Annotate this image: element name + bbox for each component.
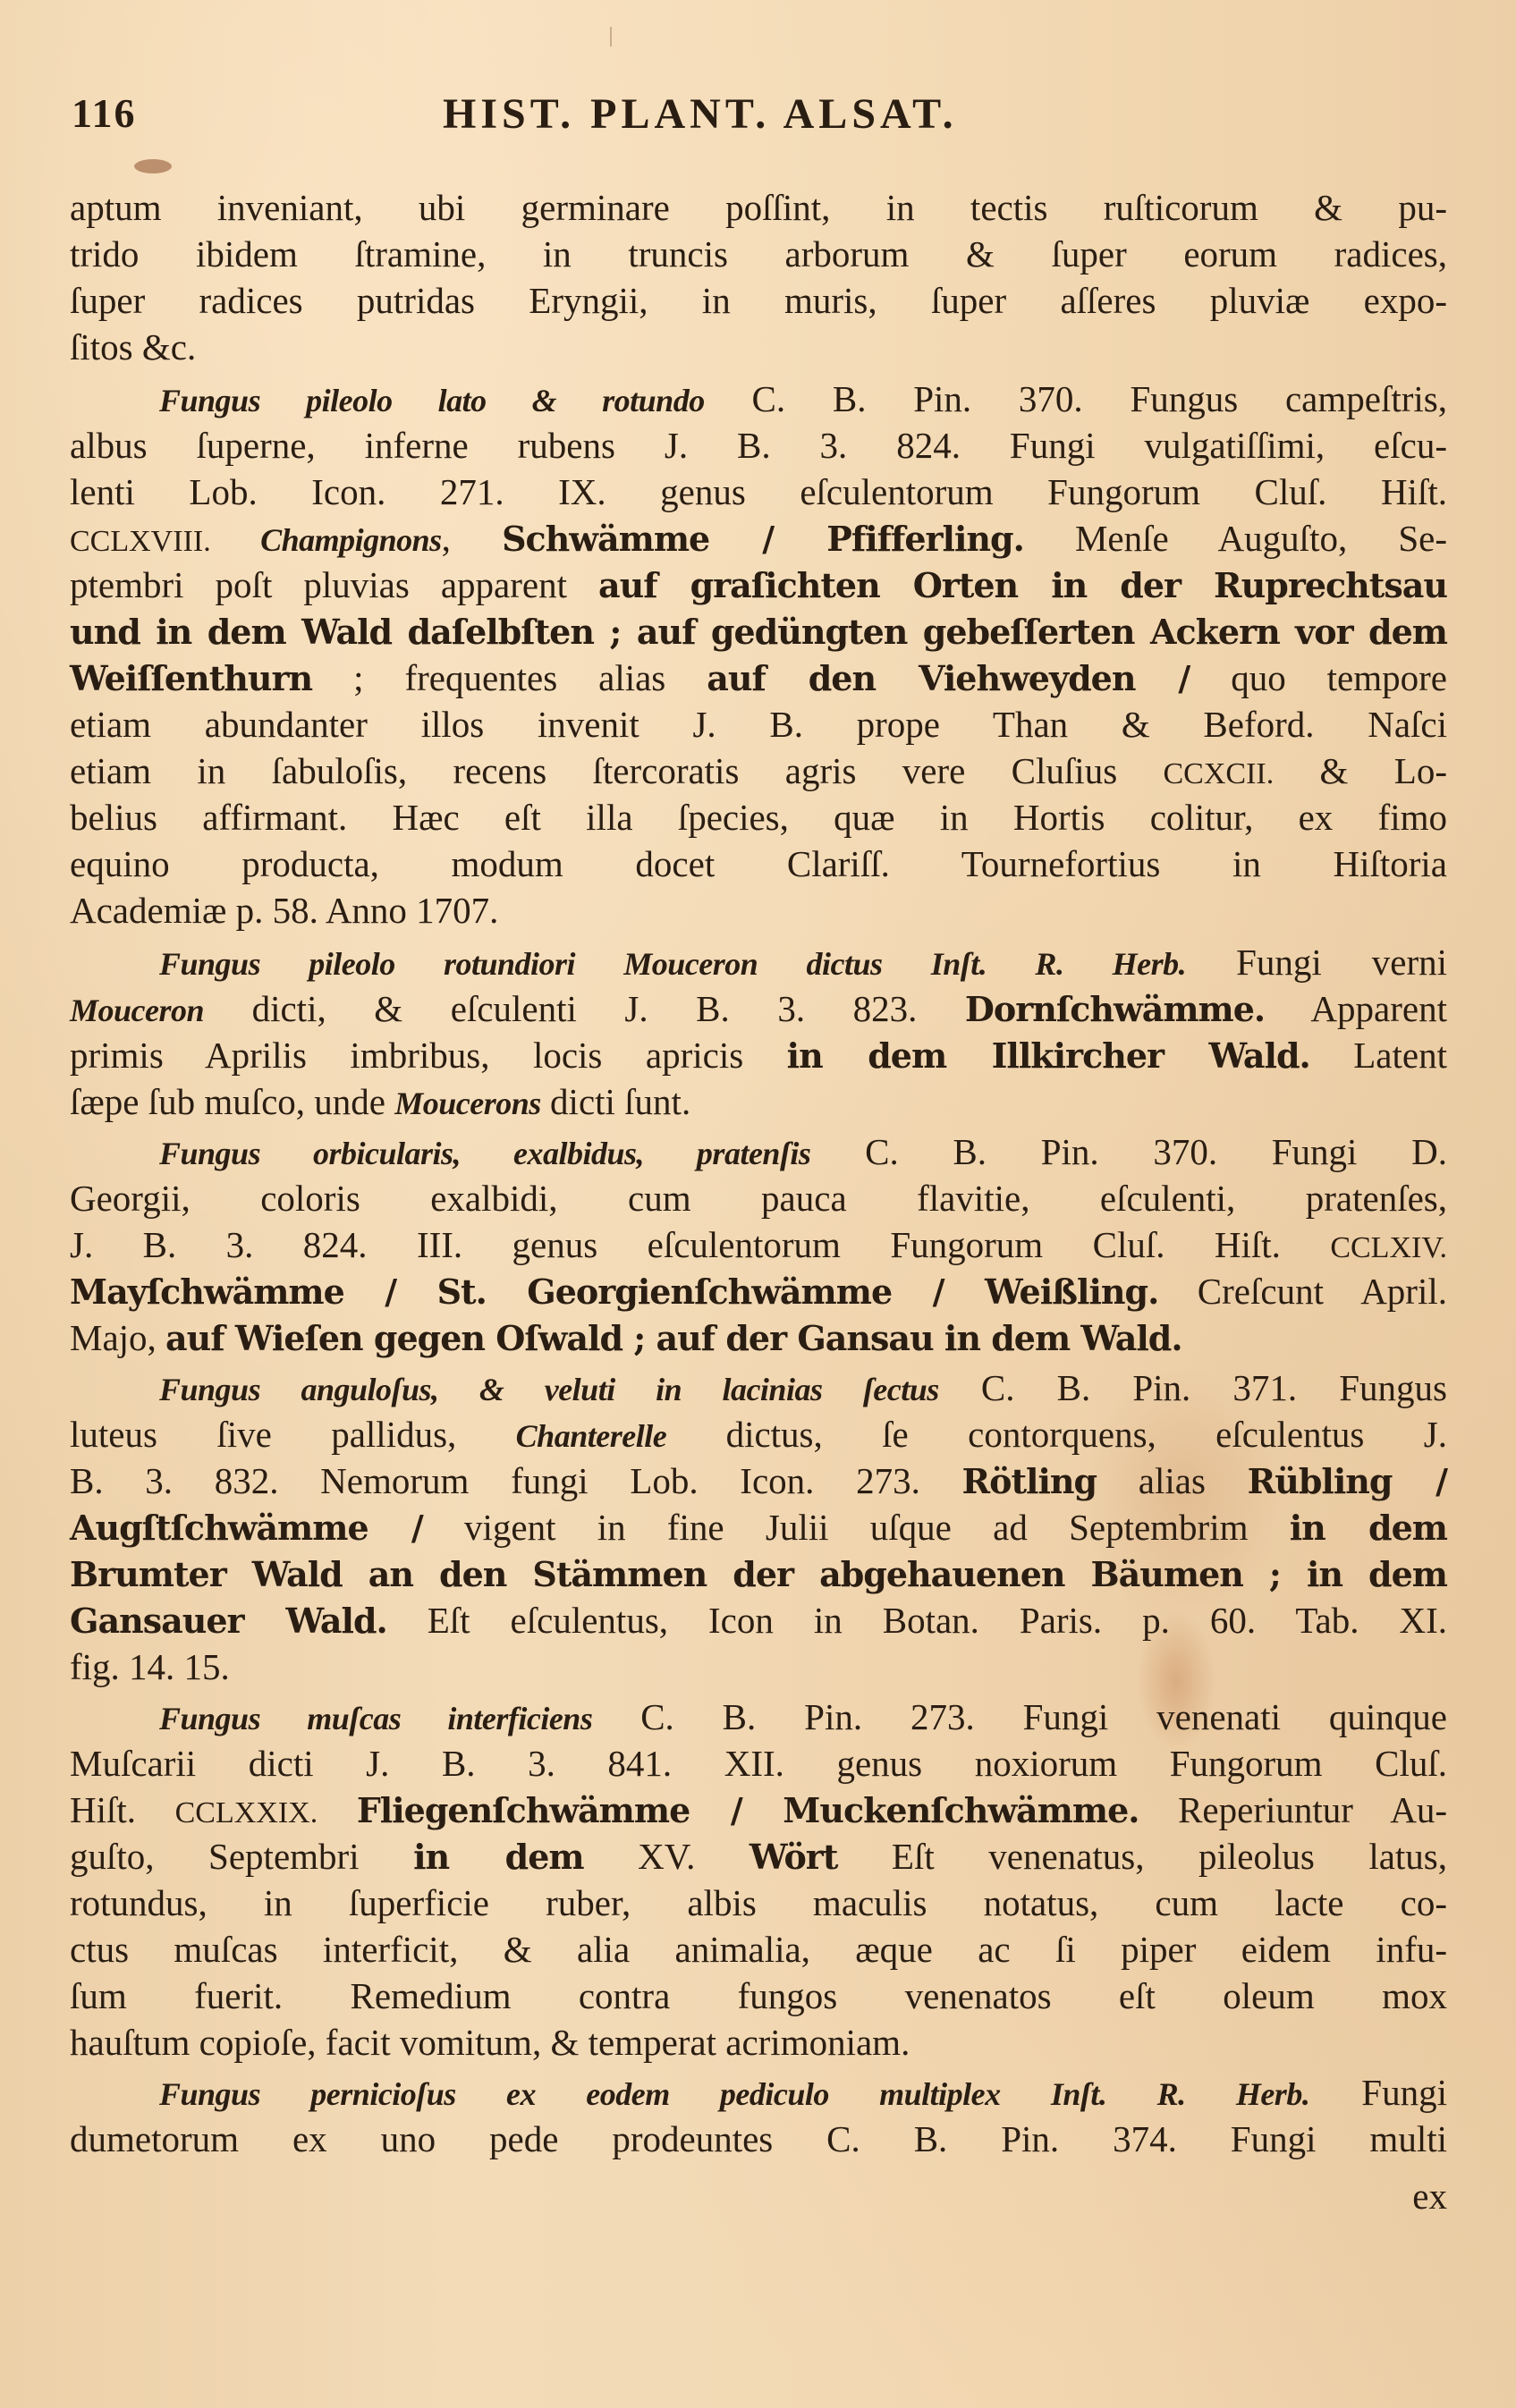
german-fraktur-text: Brumter Wald an den Stämmen der abgehaue… <box>70 1554 1447 1594</box>
text-line: rotundus, in ſuperficie ruber, albis mac… <box>70 1880 1447 1926</box>
catchword: ex <box>70 2173 1447 2219</box>
latin-text: ; frequentes alias <box>312 657 707 698</box>
roman-numeral-ref: CCXCII. <box>1163 757 1274 790</box>
latin-text: hauſtum copioſe, facit vomitum, & temper… <box>70 2022 910 2063</box>
text-line: ſæpe ſub muſco, unde Moucerons dicti ſun… <box>70 1078 1447 1125</box>
german-fraktur-text: in dem Illkircher Wald. <box>787 1035 1310 1076</box>
text-line: etiam abundanter illos invenit J. B. pro… <box>70 701 1447 748</box>
latin-text: C. B. Pin. 370. Fungus campeſtris, <box>705 378 1447 419</box>
german-fraktur-text: auf graſichten Orten in der Ruprechtsau <box>598 565 1447 605</box>
entry-heading-line: Fungus muſcas interficiens C. B. Pin. 27… <box>70 1694 1447 1740</box>
text-line: B. 3. 832. Nemorum fungi Lob. Icon. 273.… <box>70 1457 1447 1504</box>
latin-text: belius affirmant. Hæc eſt illa ſpecies, … <box>70 797 1447 838</box>
text-line: aptum inveniant, ubi germinare poſſint, … <box>70 184 1447 231</box>
text-line: Mayſchwämme / St. Georgienſchwämme / Wei… <box>70 1268 1447 1314</box>
german-fraktur-text: in dem <box>413 1837 584 1877</box>
text-line: ctus muſcas interficit, & alia animalia,… <box>70 1926 1447 1973</box>
italic-name: Fungus pileolo rotundiori Mouceron dictu… <box>159 946 1186 982</box>
latin-text: dicti ſunt. <box>541 1081 690 1122</box>
latin-text: Eſt eſculentus, Icon in Botan. Paris. p.… <box>387 1600 1447 1641</box>
latin-text: Muſcarii dicti J. B. 3. 841. XII. genus … <box>70 1743 1447 1784</box>
latin-text: dumetorum ex uno pede prodeuntes C. B. P… <box>70 2118 1447 2159</box>
italic-name: Champignons <box>260 522 442 558</box>
latin-text: vigent in fine Julii uſque ad Septembrim <box>423 1507 1290 1548</box>
latin-text: Fungi <box>1309 2072 1447 2113</box>
text-line: guſto, Septembri in dem XV. Wört Eſt ven… <box>70 1833 1447 1880</box>
german-fraktur-text: Dornſchwämme. <box>965 989 1265 1029</box>
book-page: 116 HIST. PLANT. ALSAT. aptum inveniant,… <box>0 0 1516 2408</box>
latin-text: Fungi verni <box>1186 942 1447 983</box>
italic-name: Fungus orbicularis, exalbidus, pratenſis <box>159 1136 810 1171</box>
latin-text: primis Aprilis imbribus, locis apricis <box>70 1035 787 1076</box>
text-line: J. B. 3. 824. III. genus eſculentorum Fu… <box>70 1221 1447 1268</box>
entry-heading-line: Fungus orbicularis, exalbidus, pratenſis… <box>70 1128 1447 1175</box>
german-fraktur-text: Gansauer Wald. <box>70 1601 387 1641</box>
italic-name: Mouceron <box>70 993 204 1028</box>
german-fraktur-text: Mayſchwämme / St. Georgienſchwämme / Wei… <box>70 1272 1158 1312</box>
italic-name: Fungus pernicioſus ex eodem pediculo mul… <box>159 2076 1309 2112</box>
german-fraktur-text: Schwämme / Pfifferling. <box>502 519 1024 559</box>
text-line: ſitos &c. <box>70 324 1447 370</box>
text-line: ſum fuerit. Remedium contra fungos venen… <box>70 1973 1447 2019</box>
text-line: Georgii, coloris exalbidi, cum pauca fla… <box>70 1175 1447 1221</box>
entry-heading-line: Fungus pileolo rotundiori Mouceron dictu… <box>70 939 1447 985</box>
text-line: Augſtſchwämme / vigent in fine Julii uſq… <box>70 1504 1447 1550</box>
scan-mark <box>610 27 612 46</box>
text-line: primis Aprilis imbribus, locis apricis i… <box>70 1032 1447 1078</box>
text-line: Hiſt. CCLXXIX. Fliegenſchwämme / Muckenſ… <box>70 1787 1447 1833</box>
roman-numeral-ref: CCLXIV. <box>1330 1231 1447 1264</box>
latin-text: dictus, ſe contorquens, eſculentus J. <box>666 1414 1447 1455</box>
german-fraktur-text: und in dem Wald daſelbſten ; auf gedüngt… <box>70 612 1447 652</box>
latin-text: C. B. Pin. 370. Fungi D. <box>810 1131 1447 1172</box>
latin-text: guſto, Septembri <box>70 1836 413 1877</box>
text-line: Mouceron dicti, & eſculenti J. B. 3. 823… <box>70 985 1447 1032</box>
german-fraktur-text: auf Wieſen gegen Oſwald ; auf der Gansau… <box>165 1318 1182 1358</box>
italic-name: Moucerons <box>394 1086 541 1121</box>
text-line: ptembri poſt pluvias apparent auf graſic… <box>70 562 1447 608</box>
italic-name: Chanterelle <box>516 1418 667 1454</box>
latin-text: C. B. Pin. 273. Fungi venenati quinque <box>592 1696 1447 1737</box>
text-line: equino producta, modum docet Clariſſ. To… <box>70 841 1447 887</box>
latin-text: dicti, & eſculenti J. B. 3. 823. <box>204 988 965 1029</box>
latin-text: aptum inveniant, ubi germinare poſſint, … <box>70 187 1447 228</box>
text-line: hauſtum copioſe, facit vomitum, & temper… <box>70 2019 1447 2066</box>
latin-text <box>318 1789 357 1830</box>
latin-text: trido ibidem ſtramine, in truncis arboru… <box>70 233 1447 275</box>
entry-heading-line: Fungus pileolo lato & rotundo C. B. Pin.… <box>70 376 1447 422</box>
latin-text: Eſt venenatus, pileolus latus, <box>837 1836 1447 1877</box>
italic-name: Fungus anguloſus, & veluti in lacinias ſ… <box>159 1372 939 1407</box>
german-fraktur-text: in dem <box>1290 1508 1447 1548</box>
catchword-text: ex <box>1412 2176 1447 2217</box>
latin-text: luteus ſive pallidus, <box>70 1414 516 1455</box>
latin-text: ptembri poſt pluvias apparent <box>70 564 598 605</box>
text-line: etiam in ſabuloſis, recens ſtercoratis a… <box>70 748 1447 794</box>
latin-text: Georgii, coloris exalbidi, cum pauca fla… <box>70 1178 1447 1219</box>
german-fraktur-text: auf den Viehweyden / <box>707 658 1190 698</box>
german-fraktur-text: Weiſſenthurn <box>70 658 312 698</box>
latin-text: equino producta, modum docet Clariſſ. To… <box>70 843 1447 884</box>
text-line: belius affirmant. Hæc eſt illa ſpecies, … <box>70 794 1447 841</box>
latin-text: B. 3. 832. Nemorum fungi Lob. Icon. 273. <box>70 1460 962 1501</box>
latin-text: etiam in ſabuloſis, recens ſtercoratis a… <box>70 750 1163 791</box>
latin-text: Reperiuntur Au- <box>1139 1789 1448 1830</box>
italic-name: Fungus muſcas interficiens <box>159 1701 592 1736</box>
text-line: albus ſuperne, inferne rubens J. B. 3. 8… <box>70 422 1447 469</box>
german-fraktur-text: Fliegenſchwämme / Muckenſchwämme. <box>357 1790 1139 1830</box>
entry-heading-line: Fungus anguloſus, & veluti in lacinias ſ… <box>70 1365 1447 1411</box>
latin-text: & Lo- <box>1274 750 1447 791</box>
latin-text: Menſe Auguſto, Se- <box>1024 518 1447 559</box>
text-line: CCLXVIII. Champignons, Schwämme / Pfiffe… <box>70 515 1447 562</box>
text-line: und in dem Wald daſelbſten ; auf gedüngt… <box>70 608 1447 655</box>
page-number: 116 <box>72 89 136 137</box>
latin-text: Apparent <box>1265 988 1447 1029</box>
german-fraktur-text: Augſtſchwämme / <box>70 1508 423 1548</box>
latin-text: , <box>442 518 502 559</box>
latin-text: XV. <box>584 1836 750 1877</box>
roman-numeral-ref: CCLXXIX. <box>175 1796 318 1829</box>
text-line: ſuper radices putridas Eryngii, in muris… <box>70 277 1447 324</box>
latin-text: ctus muſcas interficit, & alia animalia,… <box>70 1929 1447 1970</box>
text-line: Academiæ p. 58. Anno 1707. <box>70 887 1447 934</box>
latin-text: Creſcunt April. <box>1158 1271 1447 1312</box>
german-fraktur-text: Rötling <box>962 1461 1097 1501</box>
latin-text: ſæpe ſub muſco, unde <box>70 1081 394 1122</box>
latin-text: Latent <box>1310 1035 1447 1076</box>
latin-text: ſum fuerit. Remedium contra fungos venen… <box>70 1975 1447 2016</box>
latin-text: rotundus, in ſuperficie ruber, albis mac… <box>70 1882 1447 1923</box>
latin-text: ſuper radices putridas Eryngii, in muris… <box>70 280 1447 321</box>
text-line: Gansauer Wald. Eſt eſculentus, Icon in B… <box>70 1597 1447 1643</box>
latin-text: Hiſt. <box>70 1789 175 1830</box>
latin-text: ſitos &c. <box>70 326 196 368</box>
page-header: 116 HIST. PLANT. ALSAT. <box>72 89 1449 143</box>
text-line: Majo, auf Wieſen gegen Oſwald ; auf der … <box>70 1314 1447 1361</box>
latin-text: albus ſuperne, inferne rubens J. B. 3. 8… <box>70 425 1447 466</box>
german-fraktur-text: Rübling / <box>1248 1461 1447 1501</box>
roman-numeral-ref: CCLXVIII. <box>70 525 260 558</box>
latin-text: etiam abundanter illos invenit J. B. pro… <box>70 704 1447 745</box>
latin-text: alias <box>1097 1460 1248 1501</box>
entry-heading-line: Fungus pernicioſus ex eodem pediculo mul… <box>70 2069 1447 2116</box>
latin-text: Academiæ p. 58. Anno 1707. <box>70 890 498 931</box>
latin-text: quo tempore <box>1190 657 1447 698</box>
text-line: Weiſſenthurn ; frequentes alias auf den … <box>70 655 1447 701</box>
text-line: trido ibidem ſtramine, in truncis arboru… <box>70 231 1447 277</box>
latin-text: J. B. 3. 824. III. genus eſculentorum Fu… <box>70 1224 1330 1265</box>
text-line: Brumter Wald an den Stämmen der abgehaue… <box>70 1550 1447 1597</box>
latin-text: fig. 14. 15. <box>70 1646 230 1687</box>
text-line: dumetorum ex uno pede prodeuntes C. B. P… <box>70 2116 1447 2162</box>
latin-text: lenti Lob. Icon. 271. IX. genus eſculent… <box>70 471 1447 512</box>
running-head: HIST. PLANT. ALSAT. <box>443 89 958 139</box>
italic-name: Fungus pileolo lato & rotundo <box>159 383 705 418</box>
text-line: lenti Lob. Icon. 271. IX. genus eſculent… <box>70 469 1447 515</box>
text-line: fig. 14. 15. <box>70 1643 1447 1690</box>
latin-text: Majo, <box>70 1317 165 1358</box>
text-line: Muſcarii dicti J. B. 3. 841. XII. genus … <box>70 1740 1447 1787</box>
german-fraktur-text: Wört <box>750 1837 838 1877</box>
text-line: luteus ſive pallidus, Chanterelle dictus… <box>70 1411 1447 1457</box>
latin-text: C. B. Pin. 371. Fungus <box>939 1367 1447 1408</box>
ink-stain <box>134 159 172 173</box>
